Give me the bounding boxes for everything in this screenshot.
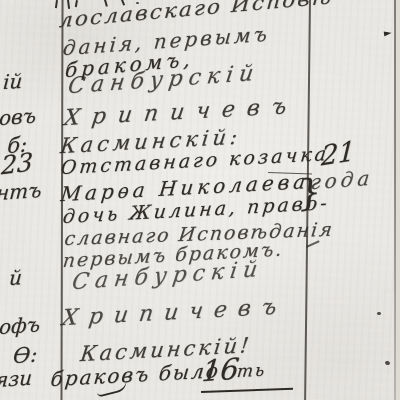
line-khripichev-1: Хрипичевъ <box>62 94 300 131</box>
ink-speck <box>377 312 381 315</box>
tally-underline <box>201 388 293 393</box>
page-edge-line <box>394 0 396 400</box>
margin-fragment: й <box>8 265 23 290</box>
arrow-mark: ► <box>383 28 392 40</box>
tally-suffix: ть <box>236 360 267 382</box>
margin-fragment: нтъ <box>0 178 42 205</box>
margin-fragment: ій <box>2 69 23 95</box>
ink-speck <box>384 360 390 365</box>
line-khripichev-2: Хрипичевъ <box>60 294 289 331</box>
scanned-register-page: ій овъ б: 23 нтъ й офъ Ѳ: язи лославскаг… <box>0 0 400 400</box>
descender-fragment <box>55 0 58 8</box>
page-edge-band <box>395 0 400 400</box>
age-unit: года <box>309 166 374 195</box>
line-tally: браковъ было <box>49 358 221 391</box>
margin-fragment: язи <box>0 365 33 392</box>
margin-fragment: Ѳ: <box>12 342 38 368</box>
margin-fragment: овъ <box>0 103 37 130</box>
margin-fragment: офъ <box>0 312 41 339</box>
margin-entry-number: 23 <box>0 147 33 180</box>
tally-number: 16 <box>200 351 240 388</box>
